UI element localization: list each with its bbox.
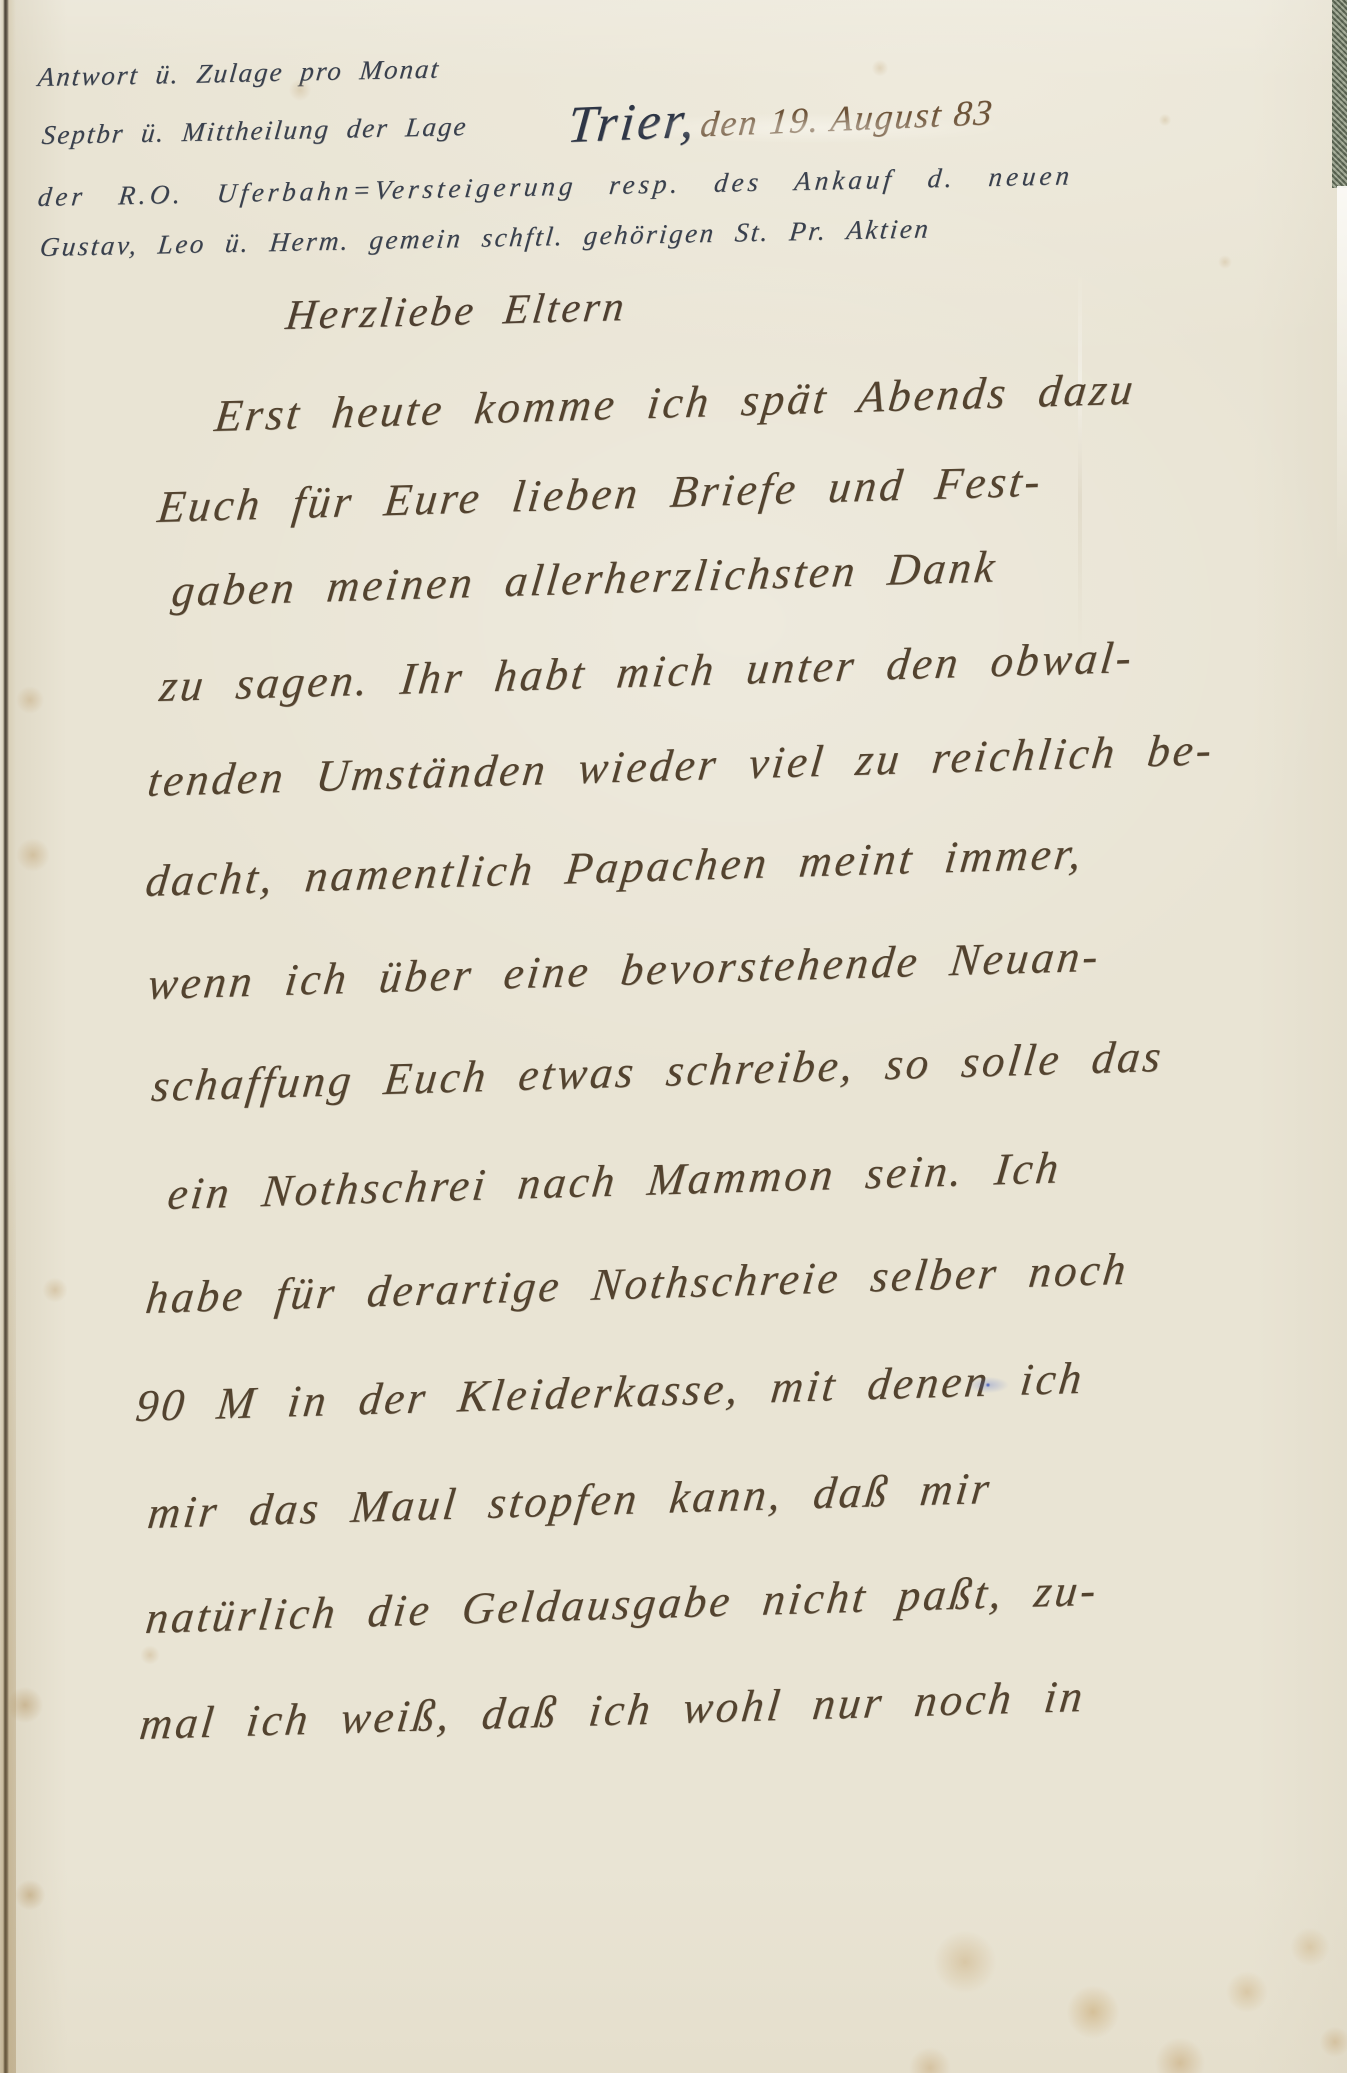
annotation-line: der R.O. Uferbahn=Versteigerung resp. de…	[36, 160, 1074, 213]
body-line: 90 M in der Kleiderkasse, mit denen ich	[133, 1352, 1087, 1432]
annotation-line: Septbr ü. Mittheilung der Lage	[40, 111, 469, 151]
paper-fold-line	[1078, 270, 1082, 650]
body-line: natürlich die Geldausgabe nicht paßt, zu…	[143, 1564, 1101, 1644]
date-text: den 19. August 83	[699, 92, 996, 144]
body-line: wenn ich über eine bevorstehende Neuan-	[145, 930, 1103, 1010]
scan-background-texture	[1332, 0, 1347, 188]
body-line: tenden Umständen wieder viel zu reichlic…	[145, 723, 1217, 807]
body-line: gaben meinen allerherzlichsten Dank	[169, 540, 1000, 617]
body-line: dacht, namentlich Papachen meint immer,	[143, 827, 1087, 907]
body-line: mir das Maul stopfen kann, daß mir	[145, 1462, 995, 1539]
salutation: Herzliebe Eltern	[283, 283, 629, 340]
body-line: ein Nothschrei nach Mammon sein. Ich	[165, 1141, 1064, 1220]
scan-background-sliver	[1337, 186, 1347, 586]
annotation-line: Antwort ü. Zulage pro Monat	[36, 54, 441, 93]
body-line: Euch für Eure lieben Briefe und Fest-	[155, 455, 1046, 533]
body-line: schaffung Euch etwas schreibe, so solle …	[149, 1030, 1166, 1112]
body-line: mal ich weiß, daß ich wohl nur noch in	[137, 1670, 1088, 1750]
date-line: Trier, den 19. August 83	[565, 78, 997, 155]
annotation-line: Gustav, Leo ü. Herm. gemein schftl. gehö…	[38, 213, 932, 263]
place-name: Trier,	[565, 91, 700, 154]
body-line: habe für derartige Nothschreie selber no…	[143, 1243, 1131, 1324]
body-line: zu sagen. Ihr habt mich unter den obwal-	[157, 631, 1137, 712]
body-line: Erst heute komme ich spät Abends dazu	[212, 363, 1138, 443]
letter-page: Antwort ü. Zulage pro Monat Septbr ü. Mi…	[0, 0, 1347, 2073]
page-left-edge	[0, 0, 16, 2073]
